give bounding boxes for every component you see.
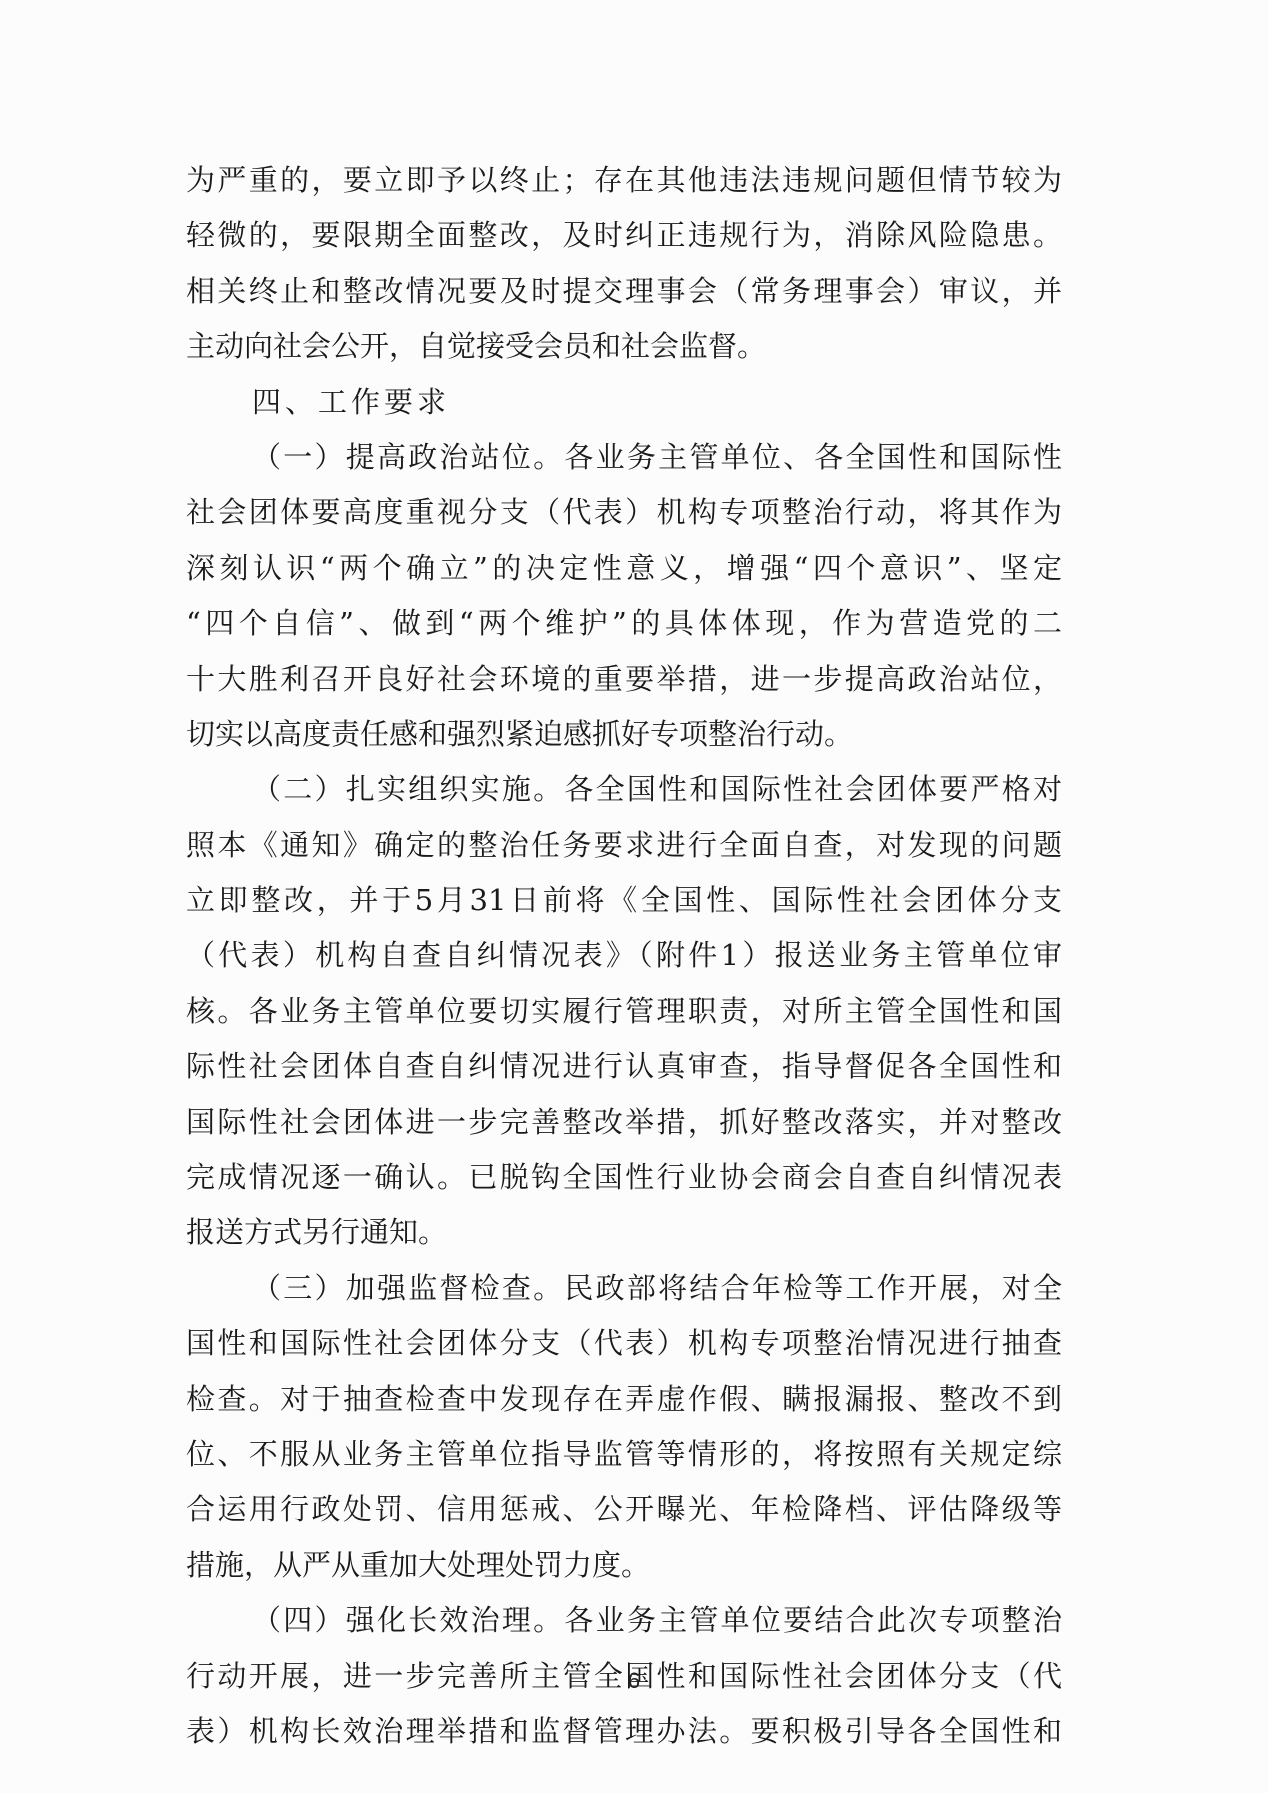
text-line: 为严重的，要立即予以终止；存在其他违法违规问题但情节较为 (186, 153, 1062, 208)
text-line: 相关终止和整改情况要及时提交理事会（常务理事会）审议，并 (186, 264, 1062, 319)
paragraph-item-2: （二）扎实组织实施。各全国性和国际性社会团体要严格对 照本《通知》确定的整治任务… (186, 762, 1062, 1261)
text-line: 完成情况逐一确认。已脱钩全国性行业协会商会自查自纠情况表 (186, 1150, 1062, 1205)
text-line: 国际性社会团体进一步完善整改举措，抓好整改落实，并对整改 (186, 1095, 1062, 1150)
paragraph-item-3: （三）加强监督检查。民政部将结合年检等工作开展，对全 国性和国际性社会团体分支（… (186, 1261, 1062, 1593)
text-line: 际性社会团体自查自纠情况进行认真审查，指导督促各全国性和 (186, 1039, 1062, 1094)
text-line: 立即整改，并于5月31日前将《全国性、国际性社会团体分支 (186, 873, 1062, 928)
text-line: 十大胜利召开良好社会环境的重要举措，进一步提高政治站位， (186, 652, 1062, 707)
text-line: （一）提高政治站位。各业务主管单位、各全国性和国际性 (186, 430, 1062, 485)
text-line: 检查。对于抽查检查中发现存在弄虚作假、瞒报漏报、整改不到 (186, 1372, 1062, 1427)
text-line: 核。各业务主管单位要切实履行管理职责，对所主管全国性和国 (186, 984, 1062, 1039)
page-number: 6 (624, 1668, 644, 1694)
text-line: “四个自信”、做到“两个维护”的具体体现，作为营造党的二 (186, 596, 1062, 651)
text-line: 切实以高度责任感和强烈紧迫感抓好专项整治行动。 (186, 707, 1062, 762)
text-line: 主动向社会公开，自觉接受会员和社会监督。 (186, 319, 1062, 374)
text-line: 深刻认识“两个确立”的决定性意义，增强“四个意识”、坚定 (186, 541, 1062, 596)
text-line: 措施，从严从重加大处理处罚力度。 (186, 1538, 1062, 1593)
section-heading: 四、工作要求 (186, 375, 1062, 430)
document-page: 为严重的，要立即予以终止；存在其他违法违规问题但情节较为 轻微的，要限期全面整改… (0, 0, 1268, 1793)
text-line: 位、不服从业务主管单位指导监管等情形的，将按照有关规定综 (186, 1427, 1062, 1482)
text-line: 报送方式另行通知。 (186, 1205, 1062, 1260)
text-line: 表）机构长效治理举措和监督管理办法。要积极引导各全国性和 (186, 1704, 1062, 1759)
text-line: （代表）机构自查自纠情况表》（附件1）报送业务主管单位审 (186, 928, 1062, 983)
text-line: 轻微的，要限期全面整改，及时纠正违规行为，消除风险隐患。 (186, 208, 1062, 263)
text-line: （二）扎实组织实施。各全国性和国际性社会团体要严格对 (186, 762, 1062, 817)
text-line: （三）加强监督检查。民政部将结合年检等工作开展，对全 (186, 1261, 1062, 1316)
text-line: 照本《通知》确定的整治任务要求进行全面自查，对发现的问题 (186, 818, 1062, 873)
text-line: 社会团体要高度重视分支（代表）机构专项整治行动，将其作为 (186, 485, 1062, 540)
text-line: 合运用行政处罚、信用惩戒、公开曝光、年检降档、评估降级等 (186, 1482, 1062, 1537)
text-line: （四）强化长效治理。各业务主管单位要结合此次专项整治 (186, 1593, 1062, 1648)
section-heading-work-requirements: 四、工作要求 (186, 375, 1062, 430)
text-line: 国性和国际性社会团体分支（代表）机构专项整治情况进行抽查 (186, 1316, 1062, 1371)
paragraph-item-1: （一）提高政治站位。各业务主管单位、各全国性和国际性 社会团体要高度重视分支（代… (186, 430, 1062, 762)
document-body: 为严重的，要立即予以终止；存在其他违法违规问题但情节较为 轻微的，要限期全面整改… (186, 153, 1062, 1759)
paragraph-continuation: 为严重的，要立即予以终止；存在其他违法违规问题但情节较为 轻微的，要限期全面整改… (186, 153, 1062, 375)
